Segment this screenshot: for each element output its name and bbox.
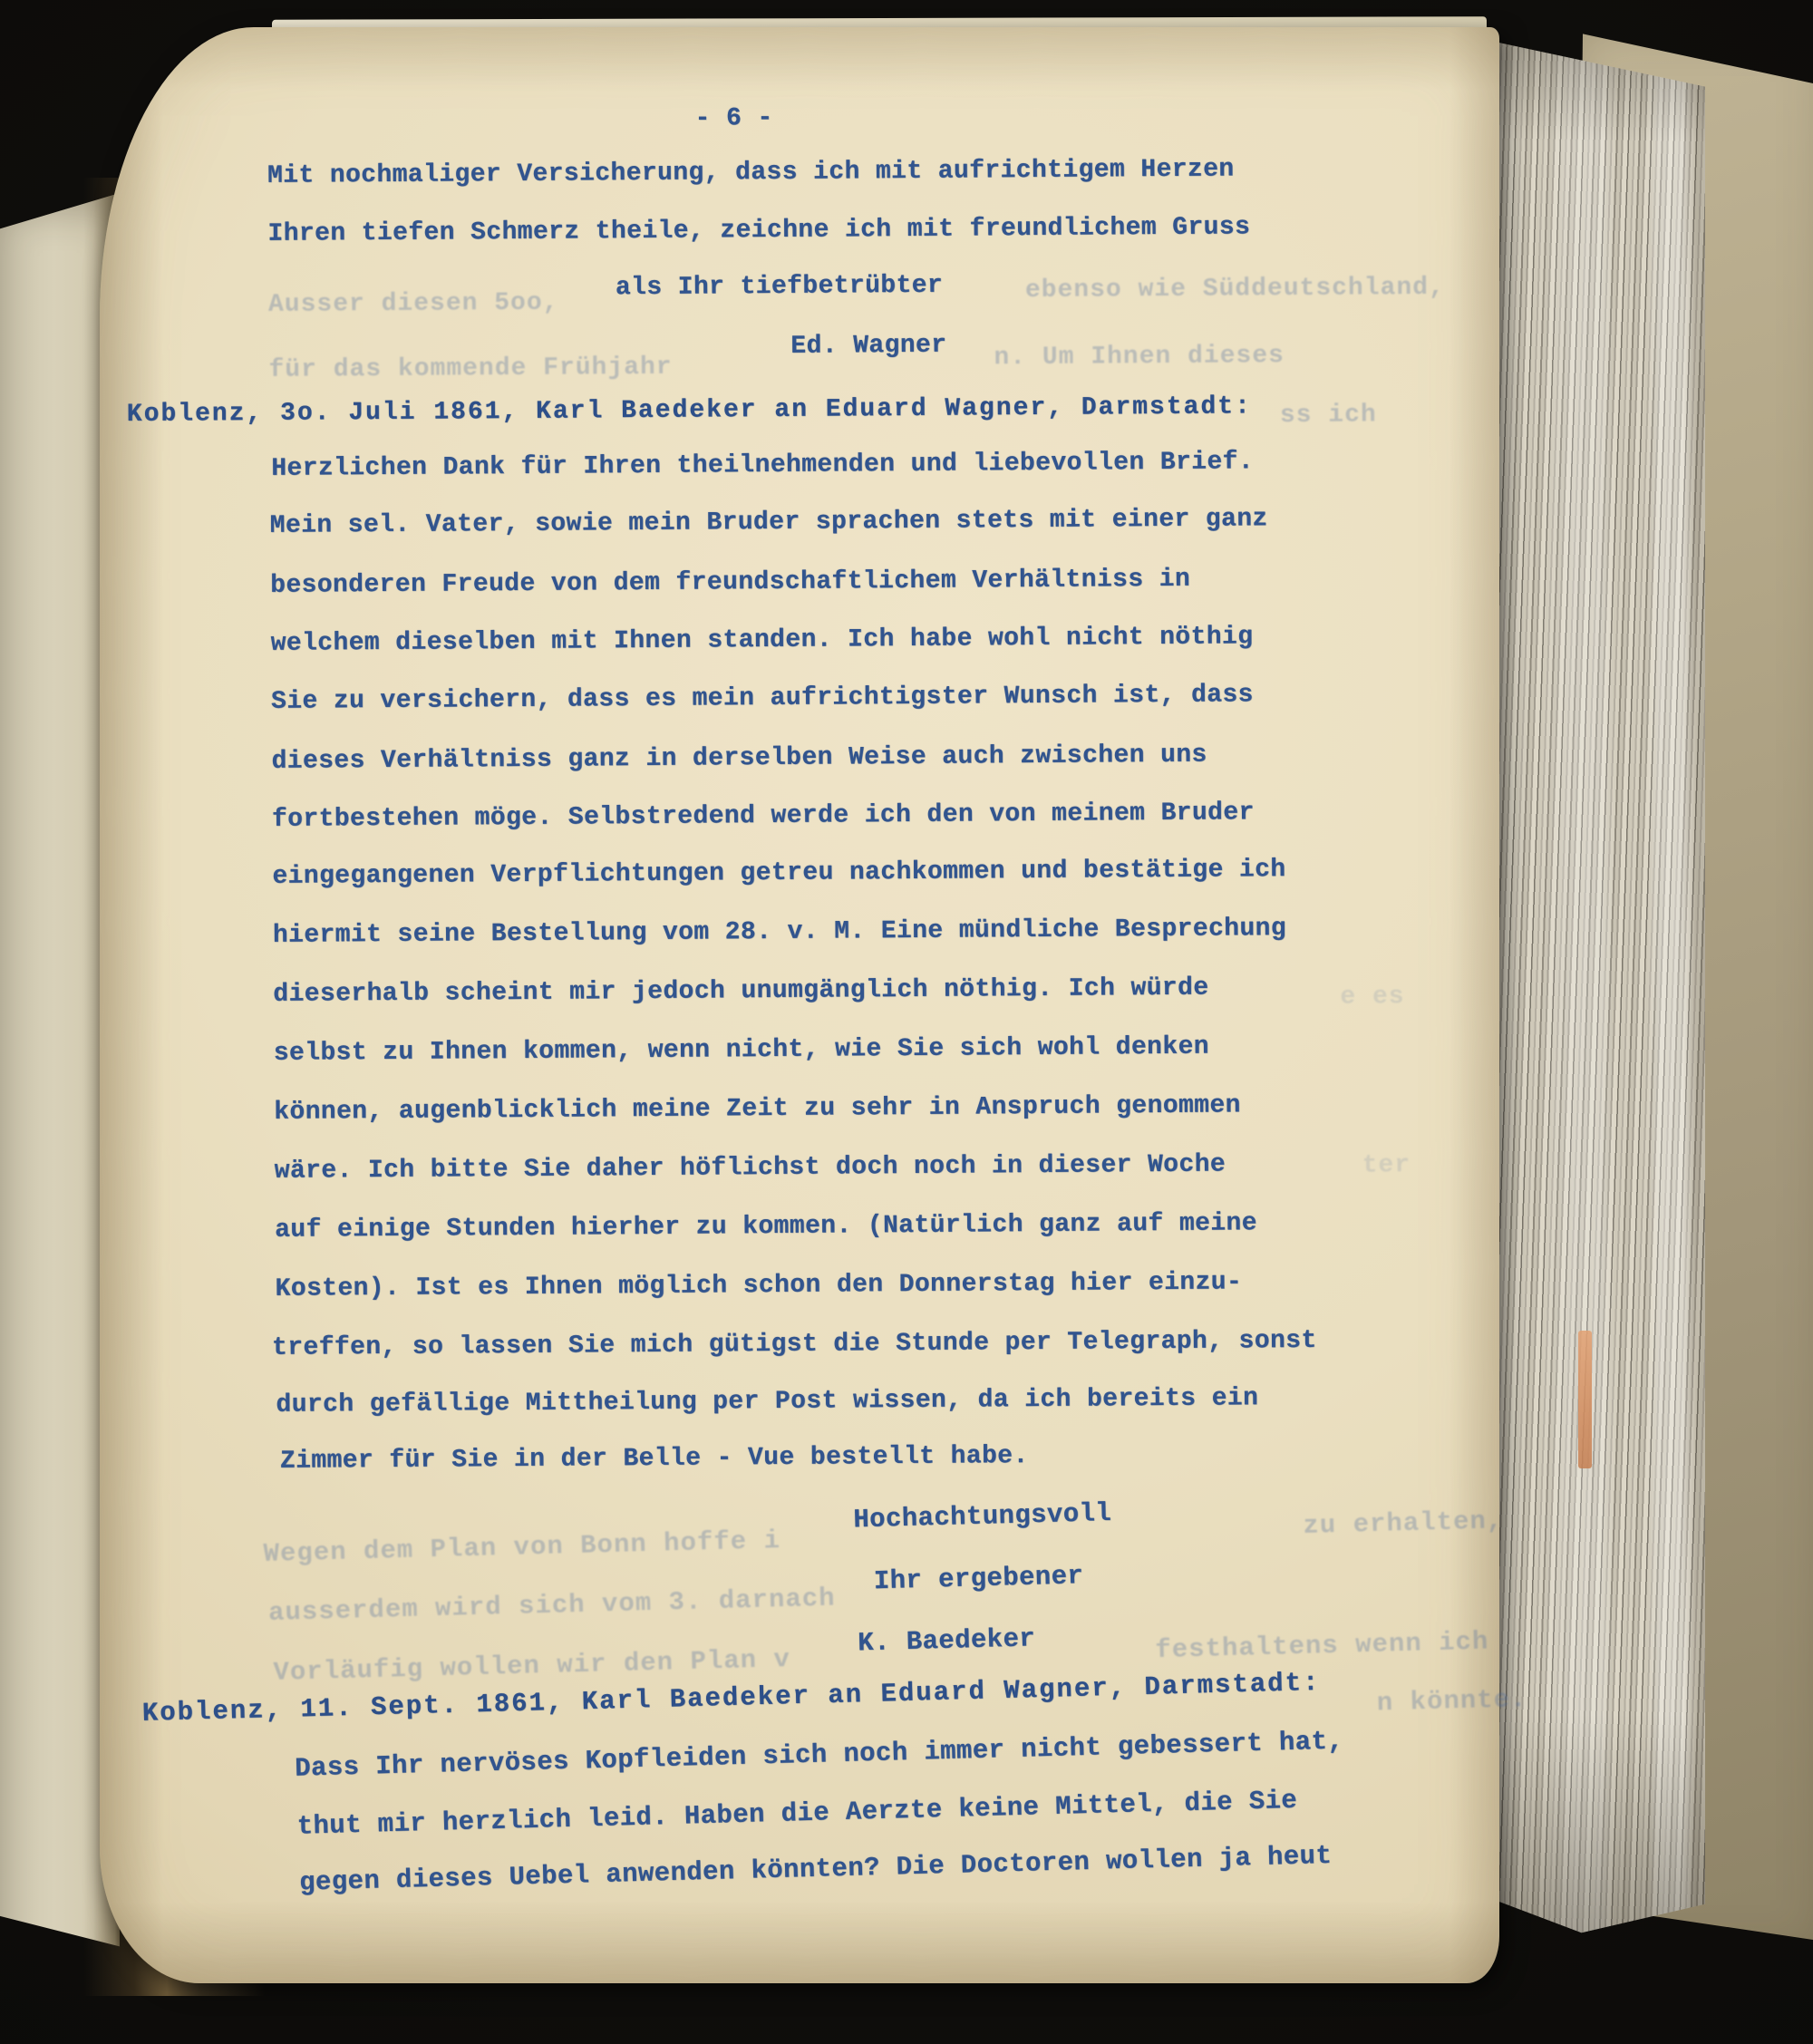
typed-line: Kosten). Ist es Ihnen möglich schon den … — [276, 1270, 1243, 1302]
letter-valediction: Hochachtungsvoll — [853, 1500, 1112, 1533]
typed-text-layer: - 6 - Mit nochmaliger Versicherung, dass… — [0, 0, 1813, 2044]
page-number: - 6 - — [695, 106, 773, 132]
typed-line: selbst zu Ihnen kommen, wenn nicht, wie … — [274, 1035, 1209, 1067]
letter-signature: K. Baedeker — [858, 1625, 1036, 1656]
typed-line: wäre. Ich bitte Sie daher höflichst doch… — [275, 1153, 1226, 1185]
typed-line: auf einige Stunden hierher zu kommen. (N… — [275, 1211, 1257, 1244]
typed-line: Mit nochmaliger Versicherung, dass ich m… — [267, 157, 1235, 189]
letter-valediction: als Ihr tiefbetrübter — [616, 274, 943, 302]
typed-line: Sie zu versichern, dass es mein aufricht… — [271, 683, 1254, 715]
typed-line: Dass Ihr nervöses Kopfleiden sich noch i… — [295, 1728, 1344, 1781]
typed-line: treffen, so lassen Sie mich gütigst die … — [272, 1329, 1317, 1361]
typed-line: dieses Verhältniss ganz in derselben Wei… — [271, 743, 1207, 775]
typed-line: gegen dieses Uebel anwenden könnten? Die… — [299, 1843, 1333, 1896]
typed-line: welchem dieselben mit Ihnen standen. Ich… — [271, 625, 1254, 657]
letter-heading: Koblenz, 11. Sept. 1861, Karl Baedeker a… — [142, 1670, 1321, 1727]
typed-line: eingegangenen Verpflichtungen getreu nac… — [272, 857, 1285, 890]
typed-line: Zimmer für Sie in der Belle - Vue bestel… — [280, 1444, 1029, 1475]
typed-line: dieserhalb scheint mir jedoch unumgängli… — [273, 976, 1208, 1008]
typed-line: hiermit seine Bestellung vom 28. v. M. E… — [273, 916, 1286, 949]
typed-line: Ihren tiefen Schmerz theile, zeichne ich… — [267, 215, 1250, 247]
letter-signature: Ed. Wagner — [790, 334, 946, 360]
letter-heading: Koblenz, 3o. Juli 1861, Karl Baedeker an… — [127, 394, 1252, 428]
typed-line: können, augenblicklich meine Zeit zu seh… — [274, 1093, 1241, 1125]
typed-line: durch gefällige Mittheilung per Post wis… — [276, 1386, 1258, 1419]
typed-line: thut mir herzlich leid. Haben die Aerzte… — [296, 1787, 1297, 1840]
typed-line: fortbestehen möge. Selbstredend werde ic… — [272, 800, 1255, 833]
typed-line: besonderen Freude von dem freundschaftli… — [270, 567, 1190, 599]
letter-salutation: Ihr ergebener — [874, 1563, 1084, 1594]
typed-line: Mein sel. Vater, sowie mein Bruder sprac… — [270, 507, 1268, 539]
typed-line: Herzlichen Dank für Ihren theilnehmenden… — [271, 450, 1254, 482]
